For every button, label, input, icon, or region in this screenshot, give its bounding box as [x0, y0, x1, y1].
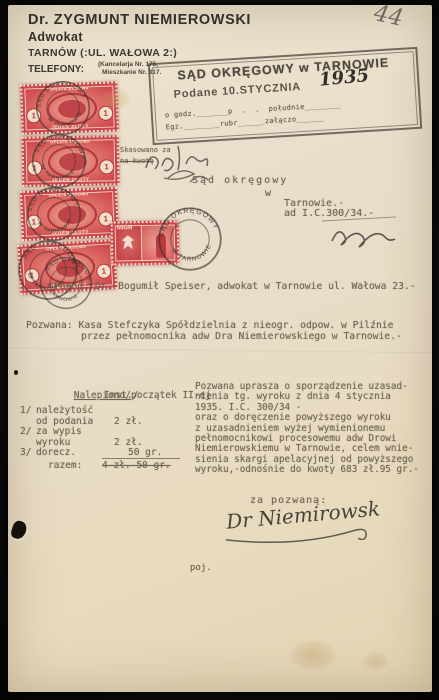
defendant-line-2: przez pełnomocnika adw Dra Niemierowskie… — [81, 331, 402, 342]
court-address-line-2: w — [265, 188, 271, 199]
svg-text:W TARNOWIE: W TARNOWIE — [169, 242, 215, 266]
svg-text:SĄD OKRĘGOWY: SĄD OKRĘGOWY — [34, 131, 89, 161]
fee-row-number: 3/ — [20, 447, 31, 458]
fees-total-label: razem: — [48, 460, 82, 471]
plaintiff-line: Powód: Dr. Bogumił Speiser, adwokat w Ta… — [54, 281, 416, 292]
fee-row-amount: 50 gr. — [128, 447, 162, 458]
letterhead-name: Dr. ZYGMUNT NIEMIEROWSKI — [28, 12, 251, 28]
fee-stamp-value: 50GR — [117, 225, 133, 232]
paraph-scribble — [320, 211, 400, 253]
fees-total-amount: 4 zł. 50 gr. — [102, 460, 171, 471]
letterhead-role: Adwokat — [28, 30, 251, 44]
paper-crease — [8, 348, 432, 354]
fee-row-amount: 2 zł. — [114, 416, 143, 427]
fees-sum-line — [102, 458, 180, 459]
petition-line: wyroku,-odnośnie do kwoty 683 zł.95 gr.- — [195, 465, 437, 475]
court-filing-stamp: SĄD OKRĘGOWY w TARNOWIE Podane 10.STYCZN… — [148, 47, 423, 145]
punch-dot — [14, 370, 18, 375]
postmark-seal: SĄD OKRĘGOWY W TARNOWIE — [152, 201, 229, 278]
stain — [364, 653, 388, 669]
fees-header-line-2: Inst./ — [104, 390, 138, 401]
fee-row-number: 2/ — [20, 426, 31, 437]
fee-row-desc: należytość — [36, 405, 93, 416]
photo-background: 44 Dr. ZYGMUNT NIEMIEROWSKI Adwokat TARN… — [0, 0, 439, 700]
punch-hole — [10, 519, 29, 540]
eagle-icon — [122, 235, 134, 249]
letterhead-phones-label: TELEFONY: — [28, 64, 84, 75]
stain — [291, 641, 335, 669]
corner-number: 44 — [372, 0, 406, 32]
svg-text:W TARNOWIE: W TARNOWIE — [36, 217, 76, 236]
note-poj: poj. — [190, 563, 212, 573]
svg-text:SĄD OKRĘGOWY: SĄD OKRĘGOWY — [155, 204, 220, 239]
fee-row-desc: za wypis — [36, 426, 82, 437]
stain — [103, 89, 129, 109]
letterhead-address: TARNÓW (:UL. WAŁOWA 2:) — [28, 47, 251, 59]
fee-row-desc: dorecz. — [36, 447, 76, 458]
court-address-line-1: Sąd okręgowy — [192, 175, 288, 186]
defendant-line-1: Pozwana: Kasa Stefczyka Spółdzielnia z n… — [26, 320, 393, 331]
fee-row-number: 1/ — [20, 405, 31, 416]
svg-text:SĄD OKRĘGOWY: SĄD OKRĘGOWY — [25, 185, 79, 213]
document-paper: 44 Dr. ZYGMUNT NIEMIEROWSKI Adwokat TARN… — [8, 5, 432, 692]
signature-handwritten: Dr Niemirowsk — [225, 496, 381, 533]
petition-paragraph: Pozwana uprasza o sporządzenie uzasad- n… — [195, 382, 437, 476]
